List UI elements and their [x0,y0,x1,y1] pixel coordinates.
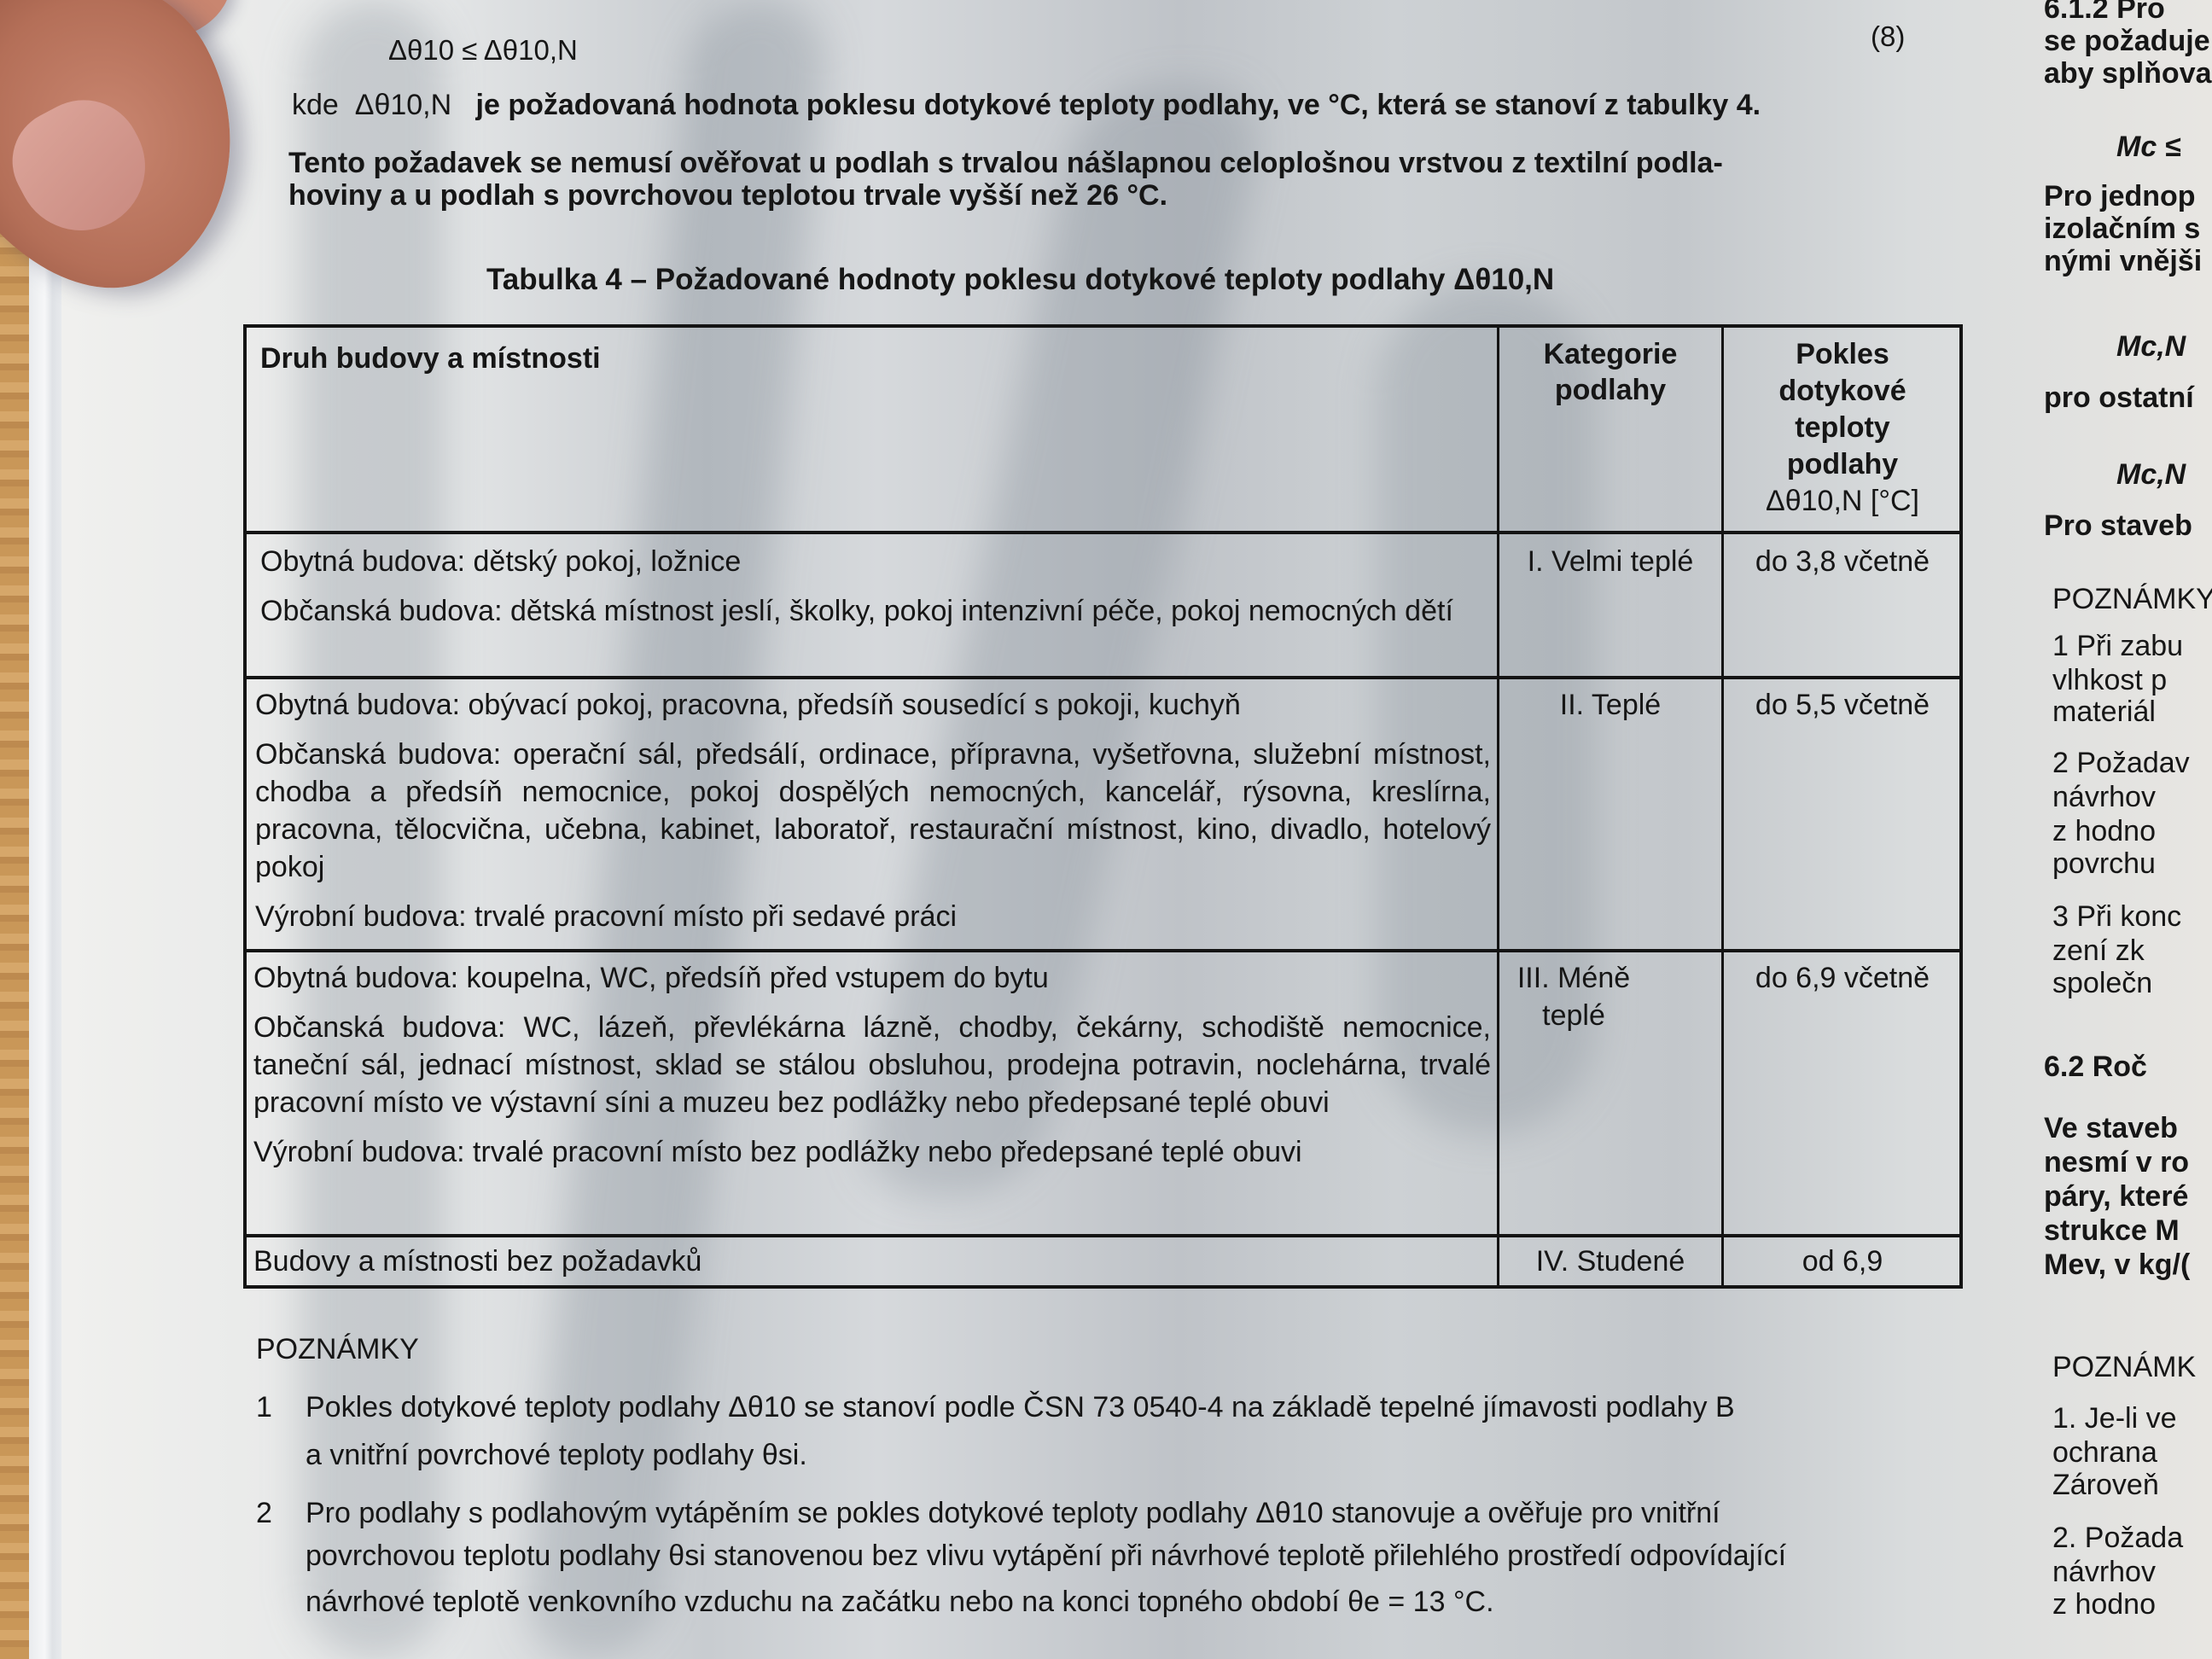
row-value: do 6,9 včetně [1725,959,1960,997]
row-value: do 3,8 včetně [1725,543,1960,580]
right-column-line: nesmí v ro [2044,1144,2212,1181]
column-divider [1721,328,1724,1285]
note-1-line-2: a vnitřní povrchové teploty podlahy θsi. [306,1437,807,1474]
right-column-line: 1 Při zabu [2052,627,2212,665]
desk-surface [0,196,31,1659]
equation-formula: Δθ10 ≤ Δθ10,N [388,34,578,66]
right-column-line: návrhov [2052,778,2212,816]
header-line-unit: Δθ10,N [°C] [1725,483,1960,520]
header-line: dotykové [1725,373,1960,410]
right-column-line: povrchu [2052,845,2212,882]
right-column-line: 6.2 Roč [2044,1048,2212,1086]
right-column-line: 2 Požadav [2052,744,2212,782]
right-column-line: Mc,N [2116,456,2212,493]
note-number: 1 [256,1389,272,1426]
note-1-line-1: Pokles dotykové teploty podlahy Δθ10 se … [306,1389,1735,1426]
table-row: Obytná budova: dětský pokoj, ložnice Obč… [260,543,1489,642]
row-description: Výrobní budova: trvalé pracovní místo př… [255,898,1491,935]
right-column-line: 3 Při konc [2052,898,2212,935]
right-column-line: Mc ≤ [2116,128,2212,166]
header-line: teploty [1725,410,1960,446]
header-temperature-drop: Pokles dotykové teploty podlahy Δθ10,N [… [1725,336,1960,520]
right-column-line: 2. Požada [2052,1519,2212,1557]
right-column-line: Ve staveb [2044,1109,2212,1147]
right-column-line: materiál [2052,693,2212,731]
where-clause: kde Δθ10,N je požadovaná hodnota poklesu… [292,87,1761,124]
row-description: Budovy a místnosti bez požadavků [253,1243,1491,1280]
row-value: od 6,9 [1725,1243,1960,1280]
header-line: Pokles [1725,336,1960,373]
note-number: 2 [256,1495,272,1532]
row-divider [247,531,1959,534]
right-column-line: strukce M [2044,1212,2212,1249]
row-category: II. Teplé [1501,686,1720,724]
right-column-line: Mev, v kg/( [2044,1246,2212,1284]
where-prefix: kde [292,89,339,121]
table-row: Obytná budova: koupelna, WC, předsíň pře… [253,959,1491,1183]
notes-heading: POZNÁMKY [256,1331,419,1368]
right-column-line: páry, které [2044,1178,2212,1215]
row-description: Občanská budova: operační sál, předsálí,… [255,736,1491,886]
exemption-line-1: Tento požadavek se nemusí ověřovat u pod… [288,145,1723,182]
where-symbol: Δθ10,N [355,89,451,121]
right-column-line: aby splňova [2044,55,2212,92]
row-description: Obytná budova: koupelna, WC, předsíň pře… [253,959,1491,997]
exemption-line-2: hoviny a u podlah s povrchovou teplotou … [288,178,1167,214]
note-2-line-1: Pro podlahy s podlahovým vytápěním se po… [306,1495,1720,1532]
right-column-line: Zároveň [2052,1466,2212,1504]
row-category: III. Méně teplé [1510,959,1638,1034]
right-column-line: 1. Je-li ve [2052,1400,2212,1437]
right-column-line: nými vnějši [2044,242,2212,280]
note-2-line-2: povrchovou teplotu podlahy θsi stanoveno… [306,1538,1786,1575]
right-column-line: Mc,N [2116,328,2212,365]
header-building-type: Druh budovy a místnosti [260,340,601,377]
table-row: Budovy a místnosti bez požadavků [253,1243,1491,1292]
row-description: Obytná budova: obývací pokoj, pracovna, … [255,686,1491,724]
row-value: do 5,5 včetně [1725,686,1960,724]
row-description: Občanská budova: WC, lázeň, převlékárna … [253,1009,1491,1121]
row-description: Občanská budova: dětská místnost jeslí, … [260,592,1489,630]
where-text: je požadovaná hodnota poklesu dotykové t… [476,89,1761,121]
thumbnail [0,80,167,253]
right-column-line: společn [2052,964,2212,1002]
right-column-line: POZNÁMK [2052,1348,2212,1386]
row-description: Výrobní budova: trvalé pracovní místo be… [253,1133,1491,1171]
right-column-line: Pro staveb [2044,507,2212,544]
note-2-line-3: návrhové teplotě venkovního vzduchu na z… [306,1584,1494,1621]
right-column-line: POZNÁMKY [2052,580,2212,618]
row-category: IV. Studené [1501,1243,1720,1280]
requirements-table: Druh budovy a místnosti Kategorie podlah… [243,324,1963,1289]
row-divider [247,676,1959,679]
header-floor-category: Kategorie podlahy [1501,336,1720,408]
equation-number: (8) [1871,19,1905,54]
right-column-line: pro ostatní [2044,379,2212,416]
table-caption: Tabulka 4 – Požadované hodnoty poklesu d… [486,261,1554,299]
row-divider [247,949,1959,952]
column-divider [1497,328,1499,1285]
equation: Δθ10 ≤ Δθ10,N [388,32,578,67]
header-line: podlahy [1725,446,1960,483]
row-divider [247,1234,1959,1237]
table-row: Obytná budova: obývací pokoj, pracovna, … [255,686,1491,947]
row-description: Obytná budova: dětský pokoj, ložnice [260,543,1489,580]
row-category: I. Velmi teplé [1501,543,1720,580]
right-column-line: z hodno [2052,1586,2212,1623]
